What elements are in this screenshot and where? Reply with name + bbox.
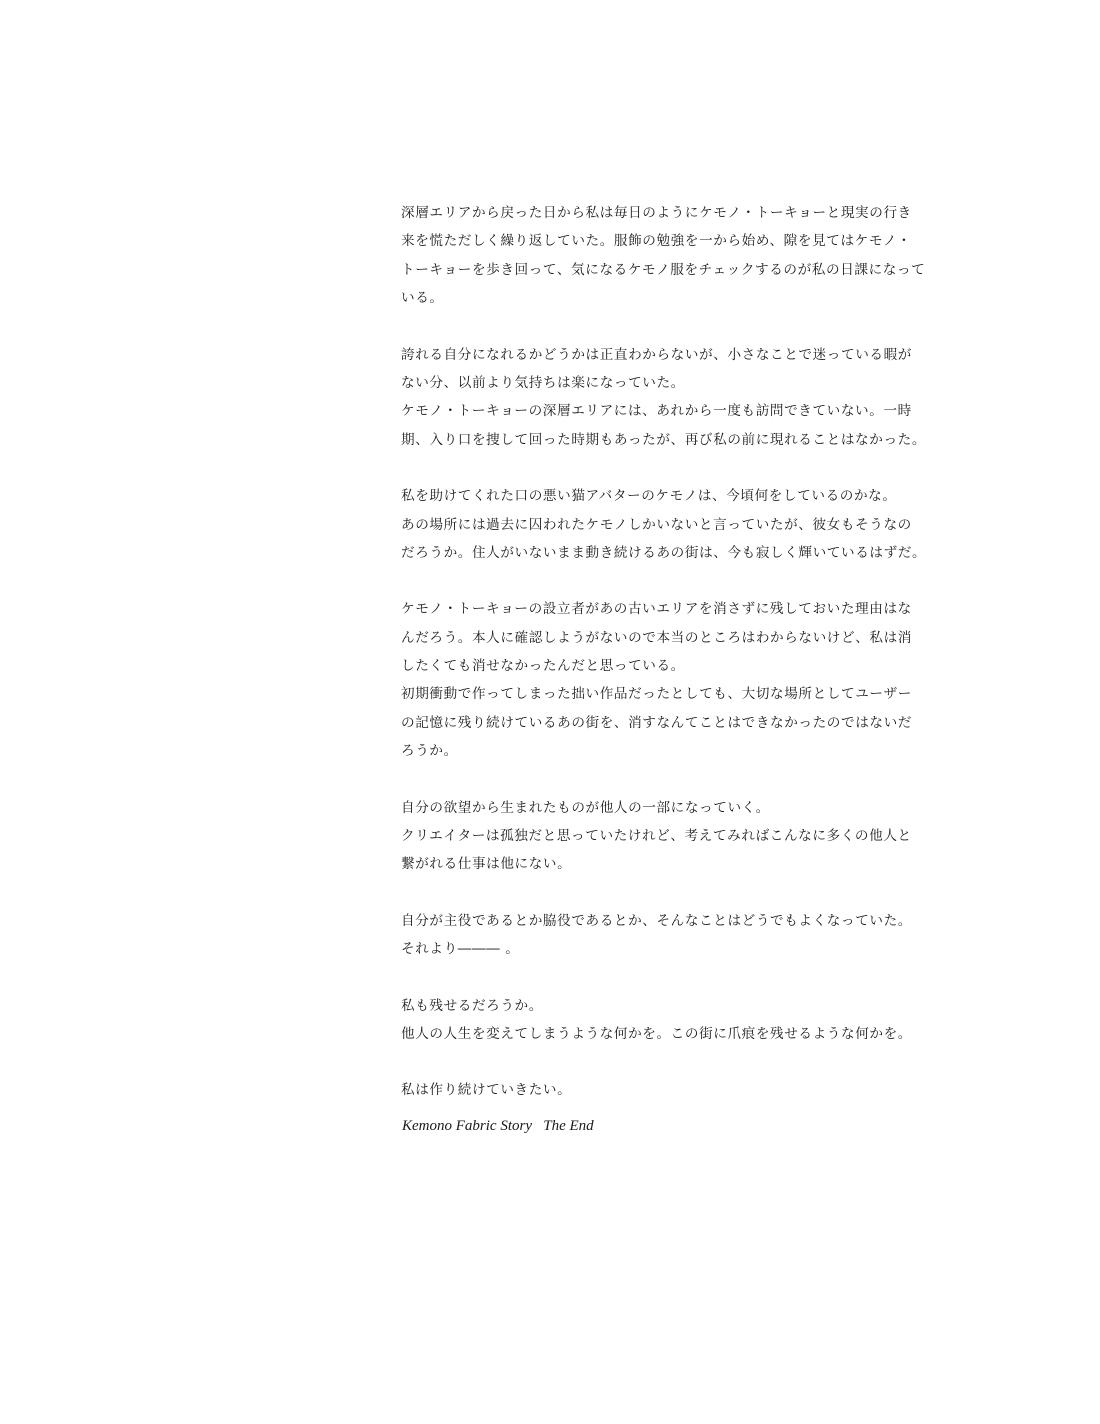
paragraph-7: 私も残せるだろうか。 他人の人生を変えてしまうような何かを。この街に爪痕を残せる… bbox=[401, 992, 893, 1049]
text-line: 私を助けてくれた口の悪い猫アバターのケモノは、今頃何をしているのかな。 bbox=[401, 482, 893, 510]
story-text: 深層エリアから戻った日から私は毎日のようにケモノ・トーキョーと現実の行き 来を慌… bbox=[401, 199, 893, 1133]
text-line: クリエイターは孤独だと思っていたけれど、考えてみればこんなに多くの他人と bbox=[401, 822, 893, 850]
paragraph-1: 深層エリアから戻った日から私は毎日のようにケモノ・トーキョーと現実の行き 来を慌… bbox=[401, 199, 893, 313]
text-line: 期、入り口を捜して回った時期もあったが、再び私の前に現れることはなかった。 bbox=[401, 426, 893, 454]
text-line: ない分、以前より気持ちは楽になっていた。 bbox=[401, 369, 893, 397]
paragraph-3: 私を助けてくれた口の悪い猫アバターのケモノは、今頃何をしているのかな。 あの場所… bbox=[401, 482, 893, 567]
text-line: 他人の人生を変えてしまうような何かを。この街に爪痕を残せるような何かを。 bbox=[401, 1020, 893, 1048]
text-line: ケモノ・トーキョーの設立者があの古いエリアを消さずに残しておいた理由はな bbox=[401, 595, 893, 623]
paragraph-6: 自分が主役であるとか脇役であるとか、そんなことはどうでもよくなっていた。 それよ… bbox=[401, 907, 893, 964]
text-line: 繋がれる仕事は他にない。 bbox=[401, 850, 893, 878]
text-line: ケモノ・トーキョーの深層エリアには、あれから一度も訪問できていない。一時 bbox=[401, 397, 893, 425]
text-line: 初期衝動で作ってしまった拙い作品だったとしても、大切な場所としてユーザー bbox=[401, 680, 893, 708]
text-line: 深層エリアから戻った日から私は毎日のようにケモノ・トーキョーと現実の行き bbox=[401, 199, 893, 227]
text-line: いる。 bbox=[401, 284, 893, 312]
text-line: したくても消せなかったんだと思っている。 bbox=[401, 652, 893, 680]
text-line: ろうか。 bbox=[401, 737, 893, 765]
text-line: 来を慌ただしく繰り返していた。服飾の勉強を一から始め、隙を見てはケモノ・ bbox=[401, 227, 893, 255]
text-line: 私も残せるだろうか。 bbox=[401, 992, 893, 1020]
paragraph-2: 誇れる自分になれるかどうかは正直わからないが、小さなことで迷っている暇が ない分… bbox=[401, 341, 893, 455]
paragraph-8: 私は作り続けていきたい。 bbox=[401, 1076, 893, 1104]
text-line: トーキョーを歩き回って、気になるケモノ服をチェックするのが私の日課になって bbox=[401, 256, 893, 284]
text-line: あの場所には過去に囚われたケモノしかいないと言っていたが、彼女もそうなの bbox=[401, 511, 893, 539]
text-line: だろうか。住人がいないまま動き続けるあの街は、今も寂しく輝いているはずだ。 bbox=[401, 539, 893, 567]
text-line: それより――― 。 bbox=[401, 935, 893, 963]
text-line: んだろう。本人に確認しようがないので本当のところはわからないけど、私は消 bbox=[401, 624, 893, 652]
text-line: 自分の欲望から生まれたものが他人の一部になっていく。 bbox=[401, 794, 893, 822]
paragraph-4: ケモノ・トーキョーの設立者があの古いエリアを消さずに残しておいた理由はな んだろ… bbox=[401, 595, 893, 765]
paragraph-5: 自分の欲望から生まれたものが他人の一部になっていく。 クリエイターは孤独だと思っ… bbox=[401, 794, 893, 879]
text-line: の記憶に残り続けているあの街を、消すなんてことはできなかったのではないだ bbox=[401, 709, 893, 737]
text-line: 誇れる自分になれるかどうかは正直わからないが、小さなことで迷っている暇が bbox=[401, 341, 893, 369]
text-line: 私は作り続けていきたい。 bbox=[401, 1076, 893, 1104]
story-ending-title: Kemono Fabric Story The End bbox=[402, 1118, 594, 1135]
text-line: 自分が主役であるとか脇役であるとか、そんなことはどうでもよくなっていた。 bbox=[401, 907, 893, 935]
